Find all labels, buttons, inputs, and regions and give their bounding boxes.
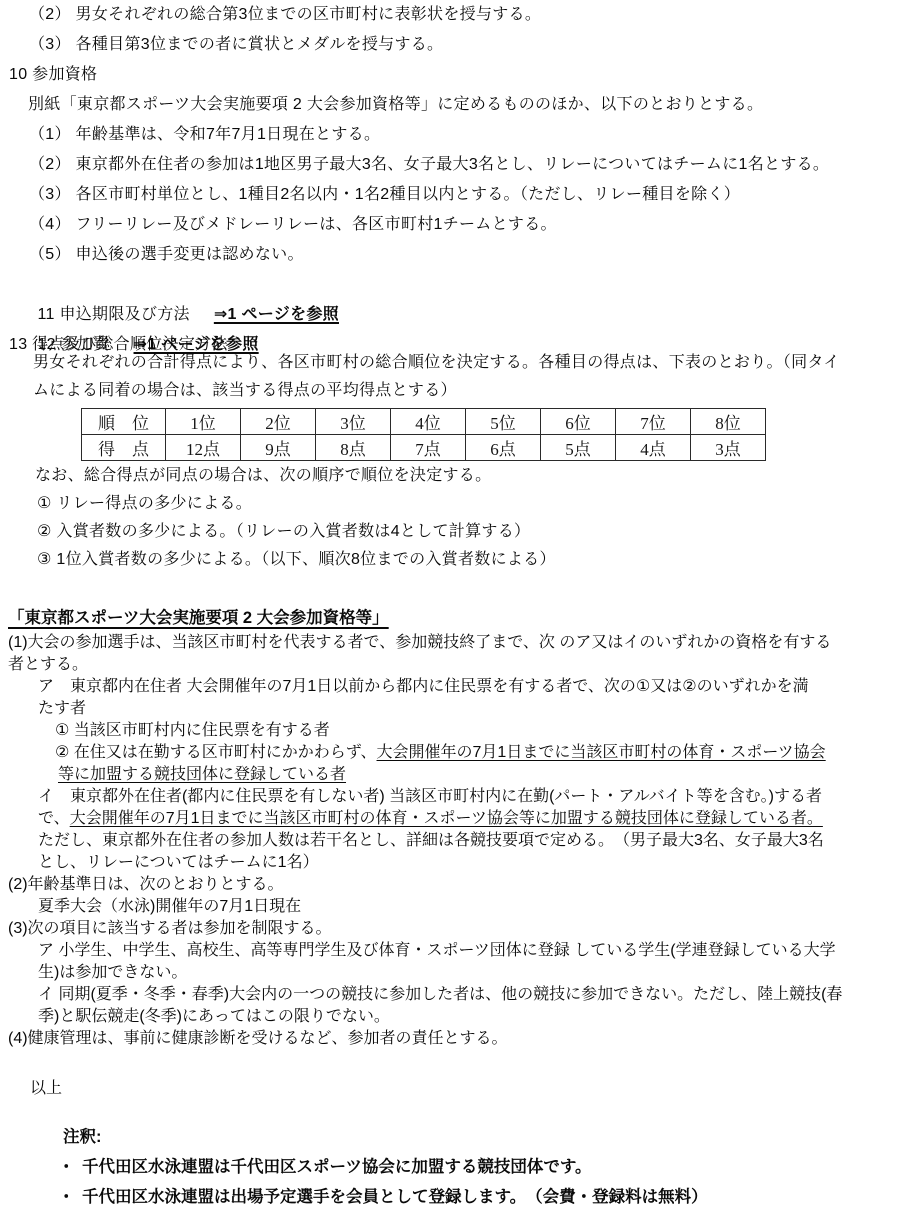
entry-rule-2: （2） 東京都外在住者の参加は1地区男子最大3名、女子最大3名とし、リレーについ… (0, 150, 900, 180)
point-cell: 5点 (541, 435, 616, 461)
award-line-3: （3） 各種目第3位までの者に賞状とメダルを授与する。 (0, 30, 900, 60)
requirement-line: イ 東京都外在住者(都内に住民票を有しない者) 当該区市町村内に在勤(パート・ア… (0, 786, 900, 808)
tiebreak-item-1: ① リレー得点の多少による。 (35, 490, 895, 518)
requirement-line: ただし、東京都外在住者の参加人数は若干名とし、詳細は各競技要項で定める。 （男子… (0, 830, 900, 852)
scoring-paragraph: 男女それぞれの合計得点により、各区市町村の総合順位を決定する。各種目の得点は、下… (33, 349, 898, 405)
requirement-line: 夏季大会（水泳)開催年の7月1日現在 (0, 896, 900, 918)
point-cell: 7点 (391, 435, 466, 461)
award-line-2: （2） 男女それぞれの総合第3位までの区市町村に表彰状を授与する。 (0, 0, 900, 30)
note-bullet-item: ・千代田区水泳連盟は千代田区スポーツ協会に加盟する競技団体です。 (0, 1152, 900, 1182)
notes-heading: 注釈: (0, 1122, 900, 1152)
requirement-line: ② 在住又は在勤する区市町村にかかわらず、大会開催年の7月1日までに当該区市町村… (0, 742, 900, 764)
section-10-heading: 10 参加資格 (0, 60, 900, 90)
top-section: （2） 男女それぞれの総合第3位までの区市町村に表彰状を授与する。 （3） 各種… (0, 0, 900, 360)
section-11-page-ref: ⇒1 ページを参照 (214, 306, 339, 323)
rank-header-cell: 順 位 (82, 409, 166, 435)
rank-cell: 8位 (691, 409, 766, 435)
point-cell: 6点 (466, 435, 541, 461)
tiebreak-item-3: ③ 1位入賞者数の多少による。（以下、順次8位までの入賞者数による） (35, 546, 895, 574)
requirement-line: たす者 (0, 698, 900, 720)
requirement-line: 季)と駅伝競走(冬季)にあってはこの限りでない。 (0, 1006, 900, 1028)
requirement-line: イ 同期(夏季・冬季・春季)大会内の一つの競技に参加した者は、他の競技に参加でき… (0, 984, 900, 1006)
rank-cell: 6位 (541, 409, 616, 435)
requirement-line: で、大会開催年の7月1日までに当該区市町村の体育・スポーツ協会等に加盟する競技団… (0, 808, 900, 830)
document-page: （2） 男女それぞれの総合第3位までの区市町村に表彰状を授与する。 （3） 各種… (0, 0, 900, 1230)
entry-rule-3: （3） 各区市町村単位とし、1種目2名以内・1名2種目以内とする。（ただし、リレ… (0, 180, 900, 210)
rank-cell: 5位 (466, 409, 541, 435)
bullet-icon: ・ (58, 1182, 82, 1212)
requirement-line: 等に加盟する競技団体に登録している者 (0, 764, 900, 786)
tiebreak-item-2: ② 入賞者数の多少による。（リレーの入賞者数は4として計算する） (35, 518, 895, 546)
eligibility-section: 「東京都スポーツ大会実施要項 2 大会参加資格等」 (1)大会の参加選手は、当該… (0, 605, 900, 1100)
bullet-icon: ・ (58, 1152, 82, 1182)
entry-rule-1: （1） 年齢基準は、令和7年7月1日現在とする。 (0, 120, 900, 150)
requirement-line: ア 東京都内在住者 大会開催年の7月1日以前から都内に住民票を有する者で、次の①… (0, 676, 900, 698)
point-cell: 3点 (691, 435, 766, 461)
rank-cell: 4位 (391, 409, 466, 435)
rank-cell: 1位 (166, 409, 241, 435)
section-11-label: 11 申込期限及び方法 (37, 306, 189, 323)
requirements-heading: 「東京都スポーツ大会実施要項 2 大会参加資格等」 (0, 605, 900, 632)
point-cell: 4点 (616, 435, 691, 461)
score-table: 順 位 1位 2位 3位 4位 5位 6位 7位 8位 得 点 12点 9点 8… (81, 408, 766, 461)
point-header-cell: 得 点 (82, 435, 166, 461)
notes-section: 注釈: ・千代田区水泳連盟は千代田区スポーツ協会に加盟する競技団体です。 ・千代… (0, 1122, 900, 1212)
note-text: 千代田区水泳連盟は出場予定選手を会員として登録します。 （会費・登録料は無料） (82, 1188, 708, 1206)
point-cell: 9点 (241, 435, 316, 461)
requirement-line: (2)年齢基準日は、次のとおりとする。 (0, 874, 900, 896)
entry-rule-4: （4） フリーリレー及びメドレーリレーは、各区市町村1チームとする。 (0, 210, 900, 240)
scoring-description-line-1: 男女それぞれの合計得点により、各区市町村の総合順位を決定する。各種目の得点は、下… (33, 349, 898, 377)
rank-cell: 2位 (241, 409, 316, 435)
entry-rule-5: （5） 申込後の選手変更は認めない。 (0, 240, 900, 270)
point-cell: 12点 (166, 435, 241, 461)
tiebreak-section: なお、総合得点が同点の場合は、次の順序で順位を決定する。 ① リレー得点の多少に… (35, 462, 895, 574)
rank-cell: 3位 (316, 409, 391, 435)
requirements-heading-text: 「東京都スポーツ大会実施要項 2 大会参加資格等」 (8, 609, 389, 627)
section-11-heading: 11 申込期限及び方法⇒1 ページを参照 (0, 270, 900, 300)
requirement-line: 者とする。 (0, 654, 900, 676)
point-cell: 8点 (316, 435, 391, 461)
closing-ijou: 以上 (0, 1078, 900, 1100)
section-10-intro: 別紙「東京都スポーツ大会実施要項 2 大会参加資格等」に定めるもののほか、以下の… (0, 90, 900, 120)
requirement-line: とし、リレーについてはチームに1名） (0, 852, 900, 874)
requirement-line: (3)次の項目に該当する者は参加を制限する。 (0, 918, 900, 940)
note-bullet-item: ・千代田区水泳連盟は出場予定選手を会員として登録します。 （会費・登録料は無料） (0, 1182, 900, 1212)
note-text: 千代田区水泳連盟は千代田区スポーツ協会に加盟する競技団体です。 (82, 1158, 592, 1176)
requirement-line: (1)大会の参加選手は、当該区市町村を代表する者で、参加競技終了まで、次 のア又… (0, 632, 900, 654)
requirement-line: ア 小学生、中学生、高校生、高等専門学生及び体育・スポーツ団体に登録 している学… (0, 940, 900, 962)
requirement-line: (4)健康管理は、事前に健康診断を受けるなど、参加者の責任とする。 (0, 1028, 900, 1050)
score-table-rank-row: 順 位 1位 2位 3位 4位 5位 6位 7位 8位 (82, 409, 766, 435)
scoring-description-line-2: ムによる同着の場合は、該当する得点の平均得点とする） (33, 377, 898, 405)
requirement-line: 生)は参加できない。 (0, 962, 900, 984)
requirement-line: ① 当該区市町村内に住民票を有する者 (0, 720, 900, 742)
rank-cell: 7位 (616, 409, 691, 435)
tiebreak-intro: なお、総合得点が同点の場合は、次の順序で順位を決定する。 (35, 462, 895, 490)
score-table-point-row: 得 点 12点 9点 8点 7点 6点 5点 4点 3点 (82, 435, 766, 461)
